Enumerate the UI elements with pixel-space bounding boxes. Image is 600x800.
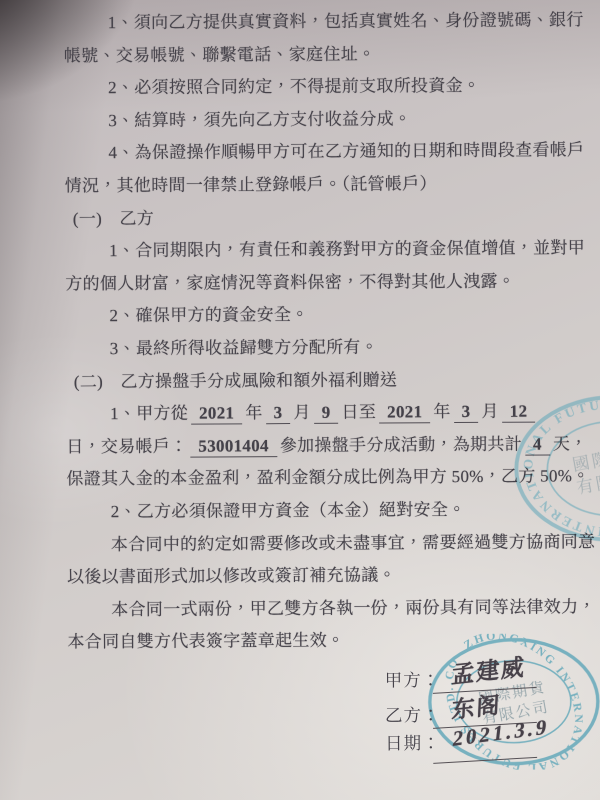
party-a-label: 甲方： — [385, 670, 441, 690]
line-text: 日至 — [341, 403, 376, 422]
contract-line: 本合同一式兩份，甲乙雙方各執一份，兩份具有同等法律效力， — [67, 597, 589, 620]
filled-blank-value: 2021 — [191, 403, 242, 424]
contract-page: 1、須向乙方提供真實資料，包括真實姓名、身份證號碼、銀行帳號、交易帳號、聯繫電話… — [0, 0, 600, 800]
contract-line: 4、為保證操作順暢甲方可在乙方通知的日期和時間段查看帳戶 — [64, 141, 586, 164]
contract-line: 方的個人財富，家庭情況等資料保密，不得對其他人洩露。 — [65, 271, 587, 294]
line-text: 日，交易帳戶： — [66, 436, 187, 456]
contract-line: 2、確保甲方的資金安全。 — [65, 304, 587, 327]
contract-line: 以後以書面形式加以修改或簽訂補充協議。 — [67, 564, 589, 587]
contract-body: 1、須向乙方提供真實資料，包括真實姓名、身份證號碼、銀行帳號、交易帳號、聯繫電話… — [64, 10, 590, 665]
contract-line: 3、最終所得收益歸雙方分配所有。 — [66, 336, 588, 359]
line-text: 1、甲方從 — [110, 404, 188, 423]
filled-blank-value: 53001404 — [190, 436, 277, 458]
filled-blank-value: 3 — [266, 403, 291, 424]
contract-line: 1、須向乙方提供真實資料，包括真實姓名、身份證號碼、銀行 — [64, 10, 586, 33]
contract-photo: { "colors": { "paper": "#cac4c4", "ink":… — [0, 0, 600, 800]
party-b-signature: 东阁 — [450, 686, 501, 725]
line-text: 月 — [481, 402, 498, 421]
contract-line: 3、結算時，須先向乙方支付收益分成。 — [64, 108, 586, 131]
contract-line: (二) 乙方操盤手分成風險和額外福利贈送 — [66, 369, 588, 392]
date-row: 日期：2021.3.9 — [385, 726, 548, 762]
company-stamp-partial-icon: ZHONGXING INTERNATIONAL FUTURES LTD..CO … — [509, 389, 600, 547]
signature-block: 甲方：孟建威 乙方：东阁 日期：2021.3.9 — [385, 656, 549, 762]
party-a-row: 甲方：孟建威 — [385, 656, 548, 692]
stamp-inner-text-1: 國際期貨 — [571, 442, 600, 475]
filled-blank-value: 2021 — [379, 402, 430, 423]
contract-line: 2、必須按照合同約定，不得提前支取所投資金。 — [64, 75, 586, 98]
line-text: 年 — [433, 402, 450, 421]
line-text: 年 — [245, 403, 262, 422]
party-a-signature: 孟建威 — [450, 648, 526, 690]
date-label: 日期： — [385, 733, 441, 753]
filled-blank-value: 3 — [454, 402, 479, 423]
contract-line: 帳號、交易帳號、聯繫電話、家庭住址。 — [64, 43, 586, 66]
line-text: 參加操盤手分成活動，為期共計 — [280, 434, 522, 454]
contract-line: (一) 乙方 — [65, 206, 587, 229]
line-text: 月 — [293, 403, 310, 422]
filled-blank-value: 9 — [314, 403, 339, 424]
contract-line: 1、合同期限内，有責任和義務對甲方的資金保值增值，並對甲 — [65, 238, 587, 261]
contract-line: 情況，其他時間一律禁止登錄帳戶。（託管帳戶） — [65, 173, 587, 196]
party-b-label: 乙方： — [385, 705, 441, 725]
